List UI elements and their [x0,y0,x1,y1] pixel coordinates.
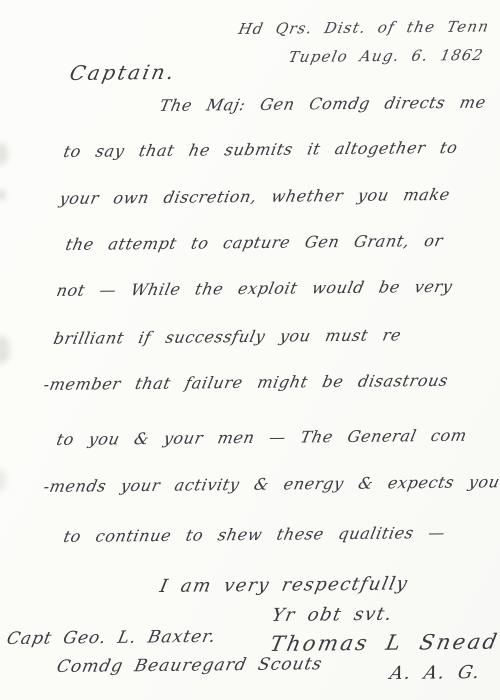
body-line-9: -mends your activity & energy & expects … [42,473,500,495]
body-line-3: your own discretion, whether you make [58,186,452,208]
signature-title: A. A. G. [388,663,483,684]
body-line-4: the attempt to capture Gen Grant, or [64,232,445,254]
body-line-2: to say that he submits it altogether to [62,139,459,161]
heading-office-line: Hd Qrs. Dist. of the Tenn [237,18,491,37]
salutation: Captain. [68,61,178,84]
heading-date-line: Tupelo Aug. 6. 1862 [287,47,485,66]
closing-obedient-servant: Yr obt svt. [270,605,395,626]
addressee-name: Capt Geo. L. Baxter. [5,628,218,649]
scan-smudge [0,336,10,364]
letter-page: Hd Qrs. Dist. of the Tenn Tupelo Aug. 6.… [0,0,500,700]
scan-smudge [0,143,8,165]
body-line-5: not — While the exploit would be very [55,278,454,300]
scan-smudge [0,470,6,490]
body-line-6: brilliant if successfuly you must re [52,326,403,347]
body-line-8: to you & your men — The General com [55,427,469,449]
closing-respectfully: I am very respectfully [158,574,410,596]
body-line-10: to continue to shew these qualities — [62,524,447,546]
addressee-unit: Comdg Beauregard Scouts [55,655,324,676]
scan-smudge [0,190,5,200]
body-line-1: The Maj: Gen Comdg directs me [158,94,488,115]
signature-name: Thomas L Snead [268,631,500,656]
body-line-7: -member that failure might be disastrous [42,372,450,394]
